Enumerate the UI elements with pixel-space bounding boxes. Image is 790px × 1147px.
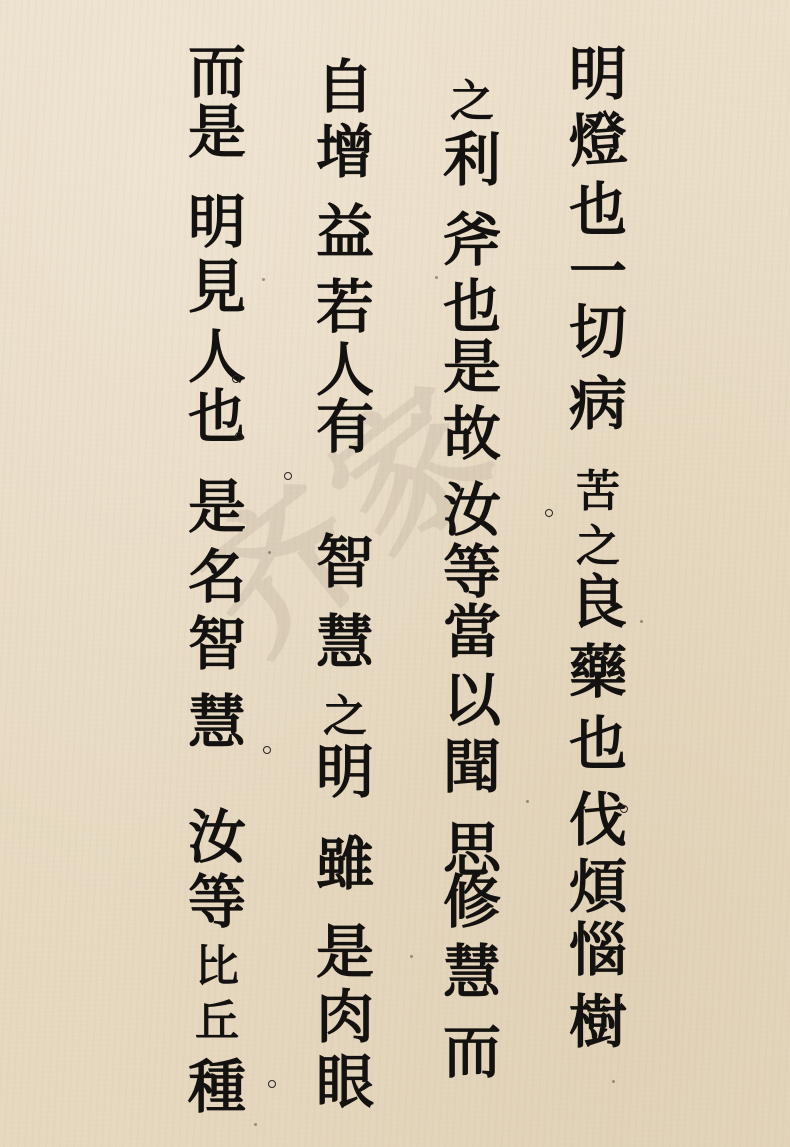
character: 益 bbox=[300, 200, 390, 264]
punctuation-circle bbox=[268, 1080, 276, 1088]
calligraphy-column-4: 而 是 明 見 人 也 是 名 智 慧 汝 等 比 丘 種 bbox=[172, 0, 262, 1147]
ink-speck bbox=[612, 1080, 615, 1083]
character: 見 bbox=[172, 255, 262, 319]
punctuation-circle bbox=[263, 746, 271, 754]
character: 是 bbox=[300, 920, 390, 984]
character: 切 bbox=[553, 300, 643, 364]
character: 是 bbox=[172, 475, 262, 539]
character: 雖 bbox=[300, 832, 390, 896]
punctuation-circle bbox=[545, 509, 553, 517]
ink-speck bbox=[435, 276, 438, 279]
character: 煩 bbox=[553, 855, 643, 919]
character: 藥 bbox=[553, 640, 643, 704]
character: 眼 bbox=[300, 1050, 390, 1114]
punctuation-circle bbox=[232, 375, 240, 383]
character: 慧 bbox=[427, 940, 517, 1004]
calligraphy-column-3: 自 增 益 若 人 有 智 慧 之 明 雖 是 肉 眼 bbox=[300, 0, 390, 1147]
character: 聞 bbox=[427, 735, 517, 799]
character: 之 bbox=[427, 70, 517, 134]
character: 慧 bbox=[300, 610, 390, 674]
character: 若 bbox=[300, 275, 390, 339]
punctuation-circle bbox=[284, 472, 292, 480]
character: 良 bbox=[553, 570, 643, 634]
ink-speck bbox=[262, 278, 265, 281]
ink-speck bbox=[268, 551, 271, 554]
character: 汝 bbox=[427, 478, 517, 542]
character: 明 bbox=[553, 42, 643, 106]
punctuation-circle bbox=[235, 432, 243, 440]
character: 而 bbox=[427, 1020, 517, 1084]
character: 智 bbox=[172, 612, 262, 676]
character: 以 bbox=[427, 668, 517, 732]
character: 丘 bbox=[172, 990, 262, 1054]
punctuation-circle bbox=[620, 805, 628, 813]
character: 汝 bbox=[172, 805, 262, 869]
character: 修 bbox=[427, 870, 517, 934]
character: 一 bbox=[553, 240, 643, 304]
character: 自 bbox=[300, 55, 390, 119]
character: 等 bbox=[427, 540, 517, 604]
character: 等 bbox=[172, 870, 262, 934]
character: 也 bbox=[553, 178, 643, 242]
character: 也 bbox=[553, 712, 643, 776]
character: 增 bbox=[300, 120, 390, 184]
ink-speck bbox=[640, 620, 643, 623]
character: 惱 bbox=[553, 918, 643, 982]
character: 慧 bbox=[172, 690, 262, 754]
calligraphy-column-1: 明 燈 也 一 切 病 苦 之 良 藥 也 伐 煩 惱 樹 bbox=[553, 0, 643, 1147]
paper-background bbox=[0, 0, 790, 1147]
character: 是 bbox=[172, 100, 262, 164]
calligraphy-column-2: 之 利 斧 也 是 故 汝 等 當 以 聞 思 修 慧 而 bbox=[427, 0, 517, 1147]
character: 燈 bbox=[551, 105, 645, 175]
character: 智 bbox=[300, 530, 390, 594]
character: 有 bbox=[300, 395, 390, 459]
character: 利 bbox=[427, 128, 517, 192]
character: 伐 bbox=[553, 788, 643, 852]
character: 明 bbox=[172, 190, 262, 254]
character: 肉 bbox=[300, 985, 390, 1049]
character: 斧 bbox=[427, 208, 517, 272]
ink-speck bbox=[254, 1123, 257, 1126]
character: 是 bbox=[427, 335, 517, 399]
character: 當 bbox=[427, 600, 517, 664]
character: 種 bbox=[172, 1055, 262, 1119]
character: 明 bbox=[300, 740, 390, 804]
character: 名 bbox=[172, 545, 262, 609]
character: 病 bbox=[553, 372, 643, 436]
character: 故 bbox=[427, 402, 517, 466]
ink-speck bbox=[526, 800, 529, 803]
character: 人 bbox=[172, 325, 262, 389]
ink-speck bbox=[410, 955, 413, 958]
character: 而 bbox=[172, 40, 262, 104]
character: 也 bbox=[427, 275, 517, 339]
character: 樹 bbox=[553, 990, 643, 1054]
character: 也 bbox=[172, 385, 262, 449]
